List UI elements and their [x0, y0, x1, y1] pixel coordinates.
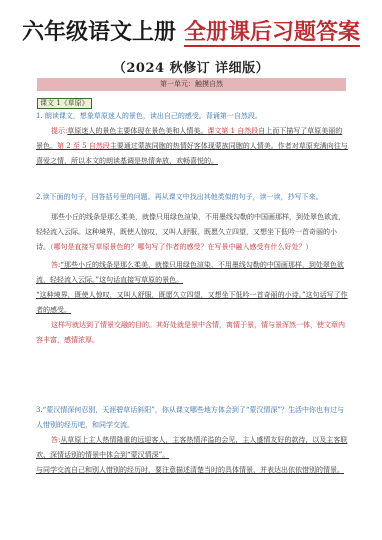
question-2-answer-summary: 这样写就达到了情景交融的目的。其好处就是景中含情，寓情于景，情与景浑然一体，使文… — [36, 318, 348, 348]
title-answer-key: 全册课后习题答案 — [184, 19, 360, 47]
unit-heading-bar: 第一单元：触摸自然 — [37, 78, 346, 91]
question-1: 1. 朗读课文，想象草原迷人的景色，读出自己的感受。背诵第一自然段。 提示:草原… — [36, 109, 348, 169]
unit-title: 第一单元：触摸自然 — [160, 80, 223, 88]
hint-highlight-2: 第 2 至 5 自然段 — [57, 142, 110, 150]
answer-label: 答: — [51, 261, 60, 269]
question-2-passage: 那些小丘的线条是那么柔美，就像只用绿色渲染，不用墨线勾勒的中国画那样，到处翠色欲… — [36, 210, 348, 255]
hint-highlight-1: 课文第 1 自然段 — [207, 127, 258, 135]
answer-label: 答: — [51, 436, 60, 444]
answer-sentence-1: 从草原上主人热情隆重的远迎客人，主客热情洋溢的会见，主人盛情友好的款待，以及主客… — [36, 436, 347, 459]
title-grade-subject: 六年级语文上册 — [22, 19, 176, 45]
lesson-tag: 课文 1《草原》 — [37, 98, 92, 109]
document-title: 六年级语文上册全册课后习题答案 — [0, 19, 382, 46]
hint-text-1: 草原迷人的景色主要体现在景色美和人情美。 — [67, 127, 207, 135]
question-2-answer: 答:“那些小丘的线条是那么柔美，就像只用绿色渲染，不用墨线勾勒的中国画那样，到处… — [36, 258, 348, 288]
answer-sentence-2: “这种境界，既使人惊叹，又叫人舒服，既愿久立四望，又想坐下低吟一首奇丽的小诗。”… — [36, 291, 348, 314]
answer-sentence-2: 与同学交流自己和别人惜别的经历时，要注意描述清楚当时的具体情景，并表达出依依惜别… — [36, 466, 344, 474]
question-3: 3.“蒙汉情深何忍别，天涯碧草话斜阳”，你从课文哪些地方体会到了“蒙汉情深”？生… — [36, 403, 348, 478]
passage-question: （哪句是直接写草原景色的？哪句写了作者的感受？在写景中融入感受有什么好处？） — [50, 243, 313, 251]
question-2: 2.读下面的句子，回答括号里的问题。再从课文中找出其他类似的句子，读一读，抄写下… — [36, 190, 348, 348]
question-3-prompt: 3.“蒙汉情深何忍别，天涯碧草话斜阳”，你从课文哪些地方体会到了“蒙汉情深”？生… — [36, 403, 348, 433]
question-2-prompt: 2.读下面的句子，回答括号里的问题。再从课文中找出其他类似的句子，读一读，抄写下… — [36, 190, 348, 205]
question-3-answer: 答:从草原上主人热情隆重的远迎客人，主客热情洋溢的会见，主人盛情友好的款待，以及… — [36, 433, 348, 463]
question-1-prompt: 1. 朗读课文，想象草原迷人的景色，读出自己的感受。背诵第一自然段。 — [36, 109, 348, 124]
answer-sentence-1: “那些小丘的线条是那么柔美，就像只用绿色渲染，不用墨线勾勒的中国画那样，到处翠色… — [36, 261, 344, 284]
question-3-answer-2: 与同学交流自己和别人惜别的经历时，要注意描述清楚当时的具体情景，并表达出依依惜别… — [36, 463, 348, 478]
hint-label: 提示: — [51, 127, 67, 135]
question-2-answer-2: “这种境界，既使人惊叹，又叫人舒服，既愿久立四望，又想坐下低吟一首奇丽的小诗。”… — [36, 288, 348, 318]
question-1-hint: 提示:草原迷人的景色主要体现在景色美和人情美。课文第 1 自然段自上而下描写了草… — [36, 124, 348, 169]
document-subtitle: （2024 秋修订 详细版） — [0, 57, 382, 76]
